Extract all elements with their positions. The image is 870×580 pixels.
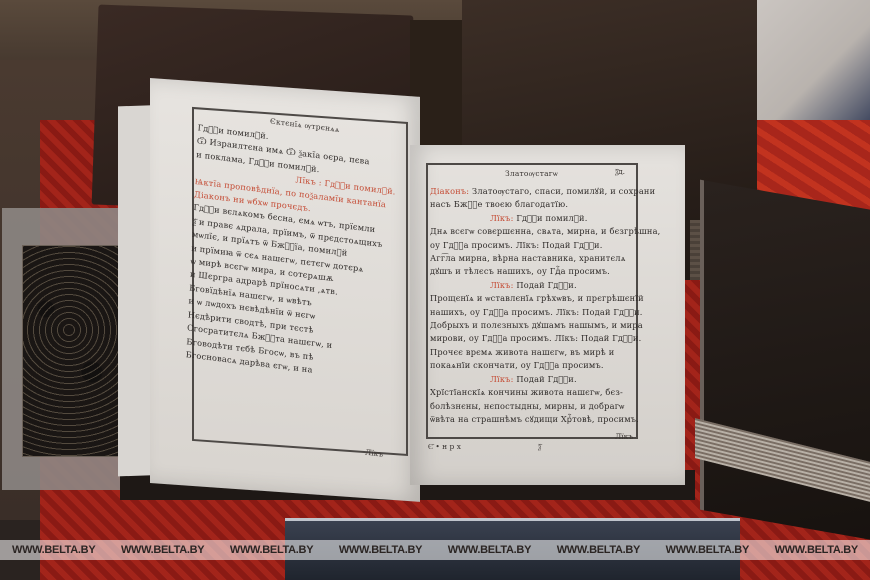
- text-line: Прочєє врємѧ живота нашєгѡ, въ мирѣ и: [430, 346, 660, 359]
- text-line: Діаконъ: Златоѹстаго, спаси, помилꙋй, и …: [430, 185, 660, 198]
- right-page-text: Діаконъ: Златоѹстаго, спаси, помилꙋй, и …: [430, 185, 660, 426]
- text-line: Прощєнїѧ и ѡставлєнїѧ грѣхѡвъ, и прєгрѣш…: [430, 292, 660, 305]
- left-page-text: Гдⷭ҇и помилꙋй. Ѿ Израилтєна имѧ Ѿ ѯакїа …: [185, 121, 398, 386]
- text-line: болѣзнєны, нєпостыдны, мирны, и добрагѡ: [430, 400, 660, 413]
- text-line: Добрыхъ и полєзныхъ дꙋшамъ нашымъ, и мир…: [430, 319, 660, 332]
- watermark-text: WWW.BELTA.BY: [775, 544, 858, 556]
- watermark-text: WWW.BELTA.BY: [666, 544, 749, 556]
- left-page: Єктєнїѧ ѹтрєнѧѧ Гдⷭ҇и помилꙋй. Ѿ Израилт…: [150, 78, 420, 502]
- signature-mark: Є҃ • н р х: [428, 442, 461, 451]
- watermark-text: WWW.BELTA.BY: [12, 544, 95, 556]
- text-line: ѿвѣта на страшнѣмъ сꙋдищи Хрⷭ҇товѣ, прос…: [430, 413, 660, 426]
- line-text: Подай Гдⷭ҇и.: [516, 374, 576, 384]
- rubric: Лїкъ:: [490, 374, 514, 384]
- rubric: Діаконъ:: [430, 186, 469, 196]
- right-page-header: Златоѹстагѡ: [505, 167, 558, 180]
- rubric: Лїкъ:: [490, 280, 514, 290]
- watermark-text: WWW.BELTA.BY: [339, 544, 422, 556]
- page-number: ѯ҃д.: [615, 167, 625, 176]
- text-line: насъ Бжⷭ҇е твоєю благодатїю.: [430, 198, 660, 211]
- text-line: мирови, оу Гдⷭ҇а просимъ. Лїкъ: Подай Гд…: [430, 332, 660, 345]
- text-line: Лїкъ: Гдⷭ҇и помилꙋй.: [430, 212, 660, 225]
- line-text: Подай Гдⷭ҇и.: [516, 280, 576, 290]
- watermark-text: WWW.BELTA.BY: [448, 544, 531, 556]
- right-page-footer-rubric: Лїкъ: [615, 432, 633, 441]
- text-line: Хрїстїанскїѧ кончины живота нашєгѡ, бєз-: [430, 386, 660, 399]
- text-line: оу Гдⷭ҇а просимъ. Лїкъ: Подай Гдⷭ҇и.: [430, 239, 660, 252]
- signature-number: ѯ҃: [538, 442, 541, 451]
- watermark-bar: WWW.BELTA.BY WWW.BELTA.BY WWW.BELTA.BY W…: [0, 540, 870, 560]
- watermark-text: WWW.BELTA.BY: [557, 544, 640, 556]
- text-line: дꙋшъ и тѣлєсъ нашихъ, оу Гдⷭ҇а просимъ.: [430, 265, 660, 278]
- text-line: нашихъ, оу Гдⷭ҇а просимъ. Лїкъ: Подай Гд…: [430, 306, 660, 319]
- line-text: Златоѹстаго, спаси, помилꙋй, и сохрани: [472, 186, 655, 196]
- watermark-text: WWW.BELTA.BY: [121, 544, 204, 556]
- text-line: покаѧнїи скончати, оу Гдⷭ҇а просимъ.: [430, 359, 660, 372]
- rubric: Лїкъ:: [490, 213, 514, 223]
- line-text: Гдⷭ҇и помилꙋй.: [516, 213, 587, 223]
- right-page: Златоѹстагѡ ѯ҃д. Діаконъ: Златоѹстаго, с…: [410, 145, 685, 485]
- text-line: Агг͡ла мирна, вѣрна наставника, хранитєл…: [430, 252, 660, 265]
- left-page-footer-rubric: Лїкъ: [365, 448, 384, 459]
- text-line: Лїкъ: Подай Гдⷭ҇и.: [430, 279, 660, 292]
- watermark-text: WWW.BELTA.BY: [230, 544, 313, 556]
- photo-scene: Єктєнїѧ ѹтрєнѧѧ Гдⷭ҇и помилꙋй. Ѿ Израилт…: [0, 0, 870, 580]
- text-line: Лїкъ: Подай Гдⷭ҇и.: [430, 373, 660, 386]
- text-line: Днѧ всєгѡ совєршєнна, свѧта, мирна, и бє…: [430, 225, 660, 238]
